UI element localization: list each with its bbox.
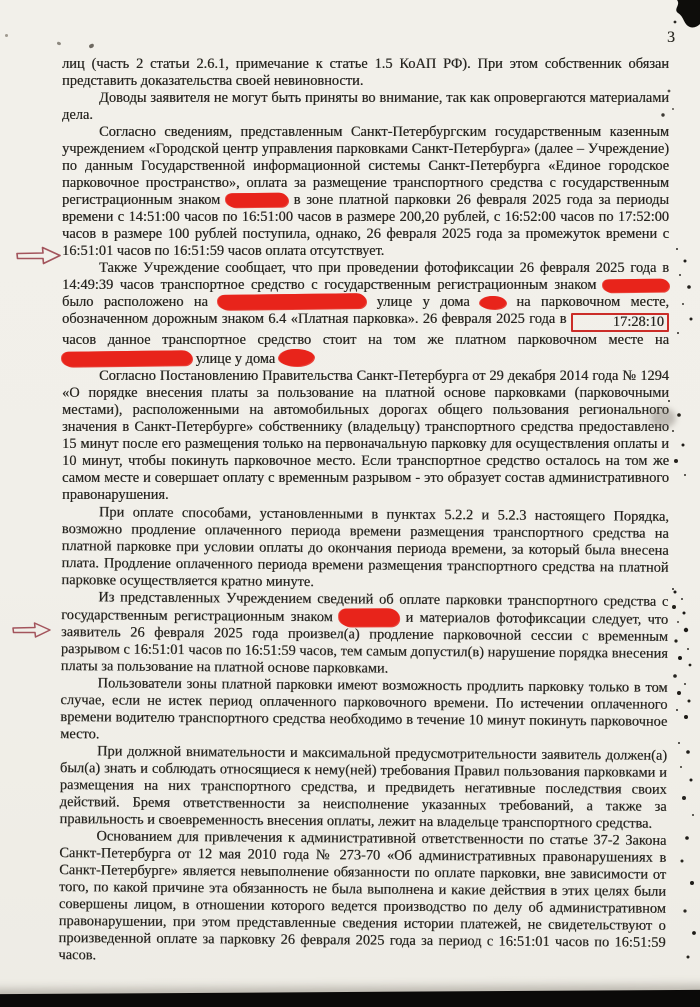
- scan-speckles-right: [668, 400, 670, 402]
- paragraph-koap-continuation: лиц (часть 2 статьи 2.6.1, примечание к …: [62, 56, 669, 90]
- fixation-time: 17:28:10: [613, 314, 664, 330]
- document-body: лиц (часть 2 статьи 2.6.1, примечание к …: [62, 56, 669, 964]
- paragraph-svedeniya: Согласно сведениям, представленным Санкт…: [62, 124, 669, 260]
- scan-speck: [57, 41, 62, 45]
- margin-arrow-1-icon: [14, 244, 64, 268]
- scan-speckles-right: [678, 742, 680, 744]
- paragraph-text: улице у дома: [196, 351, 276, 367]
- paragraph-postanovlenie: Согласно Постановлению Правительства Сан…: [62, 368, 669, 504]
- fixation-time-box: 17:28:10: [571, 313, 669, 332]
- scan-edge-bottom: [0, 990, 700, 1007]
- scan-artifact-top-right: [670, 0, 700, 34]
- scan-smudge: [650, 408, 676, 428]
- paragraph-text: улице у дома: [377, 294, 470, 310]
- paragraph-text: было расположено на: [62, 294, 208, 310]
- paragraph-osnovanie: Основанием для привлечения к администрат…: [58, 828, 666, 969]
- scan-speck: [89, 43, 95, 48]
- scan-speckles-right: [672, 588, 674, 590]
- scan-speckles-right: [664, 64, 666, 66]
- redaction-plate-2: [603, 279, 669, 293]
- redaction-street-2: [62, 350, 192, 367]
- margin-arrow-2-icon: [10, 620, 54, 641]
- paragraph-polzovateli: Пользователи зоны платной парковки имеют…: [60, 675, 668, 748]
- paragraph-iz-predstavlennyh: Из представленных Учреждением сведений о…: [61, 589, 669, 680]
- redaction-plate-1: [226, 193, 288, 208]
- lower-text-block: При оплате способами, установленными в п…: [58, 504, 669, 969]
- paragraph-text: часов данное транспортное средство стоит…: [62, 332, 669, 348]
- paragraph-dovody: Доводы заявителя не могут быть приняты в…: [62, 90, 669, 124]
- document-page: 3 лиц (часть 2 статьи 2.6.1, примечание …: [0, 0, 700, 1007]
- paragraph-fotofiksaciya: Также Учреждение сообщает, что при прове…: [62, 260, 669, 368]
- paragraph-oplata-sposoby: При оплате способами, установленными в п…: [61, 504, 669, 594]
- scan-speck: [5, 34, 8, 37]
- redaction-plate-3: [339, 608, 399, 626]
- redaction-street-1: [218, 293, 366, 310]
- redaction-house-1: [480, 296, 506, 309]
- paragraph-text: Также Учреждение сообщает, что при прове…: [62, 260, 669, 293]
- scan-speckles-right: [676, 248, 678, 250]
- redaction-house-2: [279, 349, 314, 366]
- paragraph-vnimatelnost: При должной внимательности и максимально…: [59, 743, 667, 833]
